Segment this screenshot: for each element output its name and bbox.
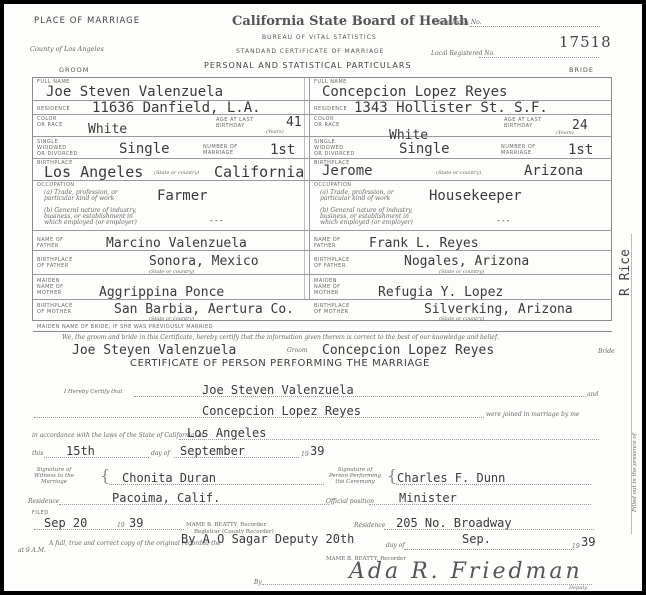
marriage-year: 39 bbox=[310, 444, 324, 458]
officiant-name: Charles F. Dunn bbox=[397, 471, 505, 485]
bride-marital-label: SINGLEWIDOWEDOR DIVORCED bbox=[314, 139, 355, 157]
filed-date: Sep 20 bbox=[44, 516, 87, 530]
performer-section-title: CERTIFICATE OF PERSON PERFORMING THE MAR… bbox=[130, 358, 430, 369]
copy-year-prefix: 19 bbox=[572, 543, 580, 550]
and-label: and bbox=[587, 391, 598, 398]
bride-father-label: NAME OFFATHER bbox=[314, 237, 341, 249]
bride-father-birthplace: Nogales, Arizona bbox=[404, 254, 529, 269]
groom-birthplace-city: Los Angeles bbox=[44, 163, 143, 181]
marriage-day: 15th bbox=[66, 444, 95, 458]
margin-witness-name: R Rice bbox=[618, 249, 633, 296]
groom-marital-label: SINGLEWIDOWEDOR DIVORCED bbox=[37, 139, 78, 157]
county-label: County of Los Angeles bbox=[30, 45, 104, 53]
copy-day-of-label: day of bbox=[386, 542, 405, 549]
bride-mother-state-or-country: (State or country) bbox=[439, 316, 484, 322]
groom-occupation-industry: --- bbox=[209, 216, 223, 225]
witness-name: Chonita Duran bbox=[122, 471, 216, 485]
bride-occupation-industry: --- bbox=[496, 216, 510, 225]
copy-month: Sep. bbox=[462, 532, 491, 546]
witness-brace: { bbox=[100, 466, 110, 485]
bride-signature-label: Bride bbox=[598, 348, 615, 355]
groom-father-birthplace-label: BIRTHPLACEOF FATHER bbox=[37, 257, 73, 269]
joined-label: were joined in marriage by me bbox=[486, 411, 579, 418]
standard-cert-label: STANDARD CERTIFICATE OF MARRIAGE bbox=[236, 48, 384, 55]
bride-father-name: Frank L. Reyes bbox=[369, 236, 479, 251]
local-registered-line bbox=[479, 57, 599, 58]
marriage-month: September bbox=[180, 444, 245, 458]
bride-residence-label: RESIDENCE bbox=[314, 106, 347, 112]
laws-label: in accordance with the laws of the State… bbox=[32, 432, 204, 439]
groom-age-unit: (Years) bbox=[266, 129, 284, 135]
column-divider bbox=[309, 78, 310, 299]
groom-state-or-country: (State or country) bbox=[154, 170, 199, 176]
state-index-label: State Index No. bbox=[434, 19, 482, 26]
groom-residence-label: RESIDENCE bbox=[37, 106, 70, 112]
groom-residence: 11636 Danfield, L.A. bbox=[92, 100, 261, 116]
bureau-label: BUREAU OF VITAL STATISTICS bbox=[262, 34, 377, 41]
groom-color-label: COLOROR RACE bbox=[37, 116, 63, 128]
copy-time: at 9 A.M. bbox=[18, 547, 46, 554]
maiden-name-bride-label: MAIDEN NAME OF BRIDE, IF SHE WAS PREVIOU… bbox=[37, 324, 213, 330]
filed-year: 39 bbox=[129, 516, 143, 530]
groom-occupation-label: OCCUPATION bbox=[37, 182, 75, 188]
margin-witness-note: Filled out in the presence of bbox=[632, 433, 638, 512]
groom-birthplace-state: California bbox=[214, 163, 304, 181]
filed-residence: 205 No. Broadway bbox=[396, 516, 512, 530]
marriage-certificate: PLACE OF MARRIAGE County of Los Angeles … bbox=[4, 4, 642, 591]
bride-age-label: AGE AT LASTBIRTHDAY bbox=[504, 117, 542, 129]
certified-groom-name: Joe Steven Valenzuela bbox=[202, 383, 354, 397]
groom-age-label: AGE AT LASTBIRTHDAY bbox=[216, 117, 254, 129]
bride-mother-name: Refugia Y. Lopez bbox=[378, 285, 503, 300]
bride-marriage-number: 1st bbox=[568, 142, 593, 158]
groom-father-name: Marcino Valenzuela bbox=[106, 236, 247, 251]
state-index-line bbox=[470, 26, 600, 27]
filed-year-prefix: 19 bbox=[117, 522, 125, 529]
groom-occ-a-label: (a) Trade, profession, orparticular kind… bbox=[44, 190, 118, 202]
groom-age: 41 bbox=[286, 115, 302, 130]
copy-year: 39 bbox=[581, 535, 595, 549]
groom-father-state-or-country: (State or country) bbox=[149, 269, 194, 275]
bride-occ-b-label: (b) General nature of industry,business,… bbox=[320, 208, 413, 226]
groom-father-birthplace: Sonora, Mexico bbox=[149, 254, 259, 269]
groom-full-name: Joe Steven Valenzuela bbox=[46, 84, 223, 100]
bride-full-name: Concepcion Lopez Reyes bbox=[322, 84, 507, 100]
this-label: this bbox=[32, 450, 43, 457]
bride-residence: 1343 Hollister St. S.F. bbox=[354, 100, 548, 116]
groom-signature: Joe Steyen Valenzuela bbox=[72, 343, 236, 358]
local-registered-label: Local Registered No. bbox=[431, 50, 495, 57]
bride-age: 24 bbox=[572, 118, 588, 133]
bride-mother-birthplace: Silverking, Arizona bbox=[424, 302, 573, 317]
deputy-signature: Ada R. Friedman bbox=[349, 559, 583, 584]
day-of-label: day of bbox=[151, 450, 170, 457]
witness-residence: Pacoima, Calif. bbox=[112, 491, 220, 505]
certified-bride-name: Concepcion Lopez Reyes bbox=[202, 404, 361, 418]
bride-occupation: Housekeeper bbox=[429, 188, 522, 204]
officiant-position: Minister bbox=[399, 491, 457, 505]
local-registered-number: 17518 bbox=[559, 33, 612, 51]
personal-particulars-label: PERSONAL AND STATISTICAL PARTICULARS bbox=[204, 61, 411, 70]
groom-mother-birthplace: San Barbia, Aertura Co. bbox=[114, 302, 294, 317]
bride-mother-label: MAIDENNAME OFMOTHER bbox=[314, 278, 341, 296]
certification-statement: We, the groom and bride in this Certific… bbox=[62, 334, 499, 341]
groom-mother-name: Aggrippina Ponce bbox=[99, 285, 224, 300]
officiant-brace: { bbox=[387, 466, 397, 485]
bride-mother-birthplace-label: BIRTHPLACEOF MOTHER bbox=[314, 303, 350, 315]
hereby-certify-label: I Hereby Certify that bbox=[64, 389, 122, 395]
bride-color-label: COLOROR RACE bbox=[314, 116, 340, 128]
filed-recorder: MAME B. BEATTY, Recorder bbox=[186, 522, 266, 528]
bride-birthplace-city: Jerome bbox=[322, 163, 373, 179]
year-prefix: 19 bbox=[301, 451, 309, 458]
groom-father-label: NAME OFFATHER bbox=[37, 237, 64, 249]
groom-marriage-number: 1st bbox=[270, 142, 295, 158]
witness-residence-label: Residence bbox=[28, 498, 59, 505]
groom-marriage-number-label: NUMBER OFMARRIAGE bbox=[203, 144, 238, 156]
marriage-place: Los Angeles bbox=[187, 426, 266, 440]
bride-birthplace-state: Arizona bbox=[524, 163, 583, 179]
deputy-entry: By A O Sagar Deputy 20th bbox=[181, 532, 354, 546]
bride-father-birthplace-label: BIRTHPLACEOF FATHER bbox=[314, 257, 350, 269]
place-of-marriage-label: PLACE OF MARRIAGE bbox=[34, 16, 140, 26]
board-title: California State Board of Health bbox=[232, 14, 468, 29]
groom-occ-b-label: (b) General nature of industry,business,… bbox=[44, 208, 137, 226]
bride-state-or-country: (State or country) bbox=[436, 170, 481, 176]
groom-mother-label: MAIDENNAME OFMOTHER bbox=[37, 278, 64, 296]
witness-signature-label: Signature ofWitness to theMarriage bbox=[34, 467, 74, 485]
officiant-position-label: Official position bbox=[326, 498, 374, 505]
groom-color: White bbox=[88, 122, 127, 137]
groom-mother-birthplace-label: BIRTHPLACEOF MOTHER bbox=[37, 303, 73, 315]
bride-signature: Concepcion Lopez Reyes bbox=[322, 343, 494, 358]
bride-marital-status: Single bbox=[399, 141, 450, 157]
groom-occupation: Farmer bbox=[157, 188, 208, 204]
groom-signature-label: Groom bbox=[287, 347, 308, 354]
bride-column-label: BRIDE bbox=[569, 66, 594, 74]
bride-occ-a-label: (a) Trade, profession, orparticular kind… bbox=[320, 190, 394, 202]
by-label: By bbox=[254, 579, 262, 586]
officiant-signature-label: Signature ofPerson Performingthe Ceremon… bbox=[329, 467, 381, 485]
bride-marriage-number-label: NUMBER OFMARRIAGE bbox=[501, 144, 536, 156]
bride-father-state-or-country: (State or country) bbox=[439, 269, 484, 275]
groom-column-label: GROOM bbox=[59, 66, 89, 74]
groom-mother-state-or-country: (State or country) bbox=[149, 316, 194, 322]
groom-marital-status: Single bbox=[119, 141, 170, 157]
filed-residence-label: Residence bbox=[354, 522, 385, 529]
deputy-label: Deputy bbox=[569, 585, 587, 591]
bride-occupation-label: OCCUPATION bbox=[314, 182, 352, 188]
